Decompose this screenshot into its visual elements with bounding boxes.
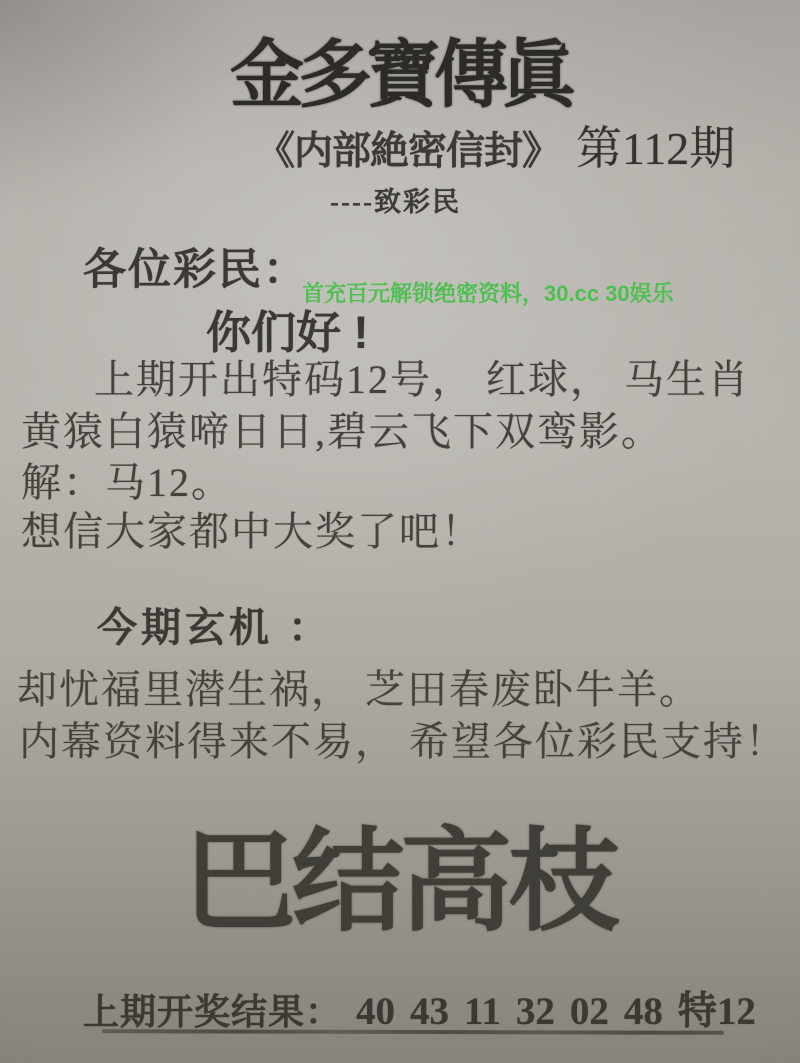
- issue-number: 第112期: [576, 112, 735, 178]
- salutation: 各位彩民：: [83, 236, 308, 297]
- hint-line-2: 内幕资料得来不易， 希望各位彩民支持！: [19, 710, 787, 767]
- hint-line-1: 却忧福里潜生祸， 芝田春废卧牛羊。: [17, 658, 701, 715]
- results-row: 上期开奖结果： 40 43 11 32 02 48 特12: [83, 980, 756, 1036]
- previous-result-line-1: 上期开出特码12号， 红球， 马生肖: [94, 348, 750, 405]
- previous-result-line-4: 想信大家都中大奖了吧！: [21, 500, 483, 557]
- result-number: 32: [516, 989, 555, 1034]
- issue-subtitle-row: 《内部絶密信封》 第112期: [256, 112, 735, 178]
- result-number: 40: [356, 989, 395, 1034]
- result-number: 11: [464, 989, 501, 1034]
- result-special-number: 特12: [678, 980, 756, 1036]
- answer-phrase: 巴结高枝: [0, 792, 800, 953]
- hint-heading: 今期玄机 ：: [97, 596, 332, 653]
- previous-result-line-2: 黄猿白猿啼日日,碧云飞下双鸾影。: [21, 400, 663, 457]
- issue-subtitle: 《内部絶密信封》: [256, 120, 560, 176]
- result-number: 43: [410, 989, 449, 1034]
- results-label: 上期开奖结果：: [83, 984, 342, 1035]
- result-number: 48: [624, 989, 663, 1034]
- masthead-title: 金多寶傳眞: [0, 16, 800, 122]
- dedication-line: ----致彩民: [330, 180, 461, 219]
- result-number: 02: [570, 989, 609, 1034]
